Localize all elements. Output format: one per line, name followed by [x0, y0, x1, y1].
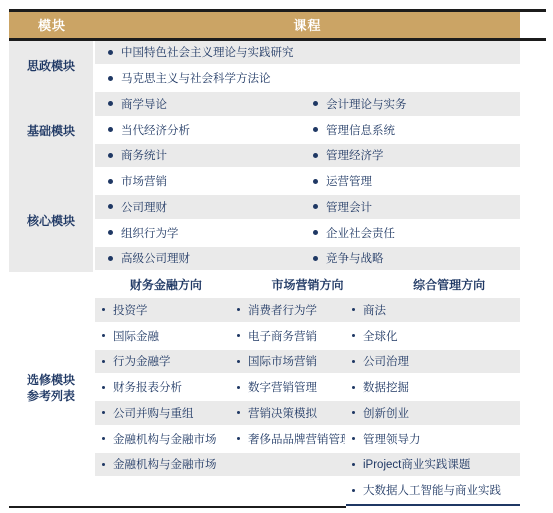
bullet-icon	[352, 411, 355, 414]
module-section: 核心模块市场营销运营管理公司理财管理会计组织行为学企业社会责任高级公司理财竞争与…	[9, 169, 520, 272]
course-label: 管理经济学	[326, 147, 384, 163]
course-label: 商法	[363, 302, 386, 318]
bullet-icon	[313, 127, 318, 132]
course-label: 高级公司理财	[121, 250, 190, 266]
course-cell: 公司治理	[345, 350, 520, 374]
table-header-band: 模块 课程	[9, 12, 520, 39]
course-label: 数字营销管理	[248, 379, 317, 395]
course-cell: 创新创业	[345, 401, 520, 425]
bullet-icon	[352, 437, 355, 440]
course-row: 金融机构与金融市场iProject商业实践课题	[95, 453, 520, 479]
course-cell: 大数据人工智能与商业实践	[345, 478, 520, 502]
bullet-icon	[102, 334, 105, 337]
course-label: 管理领导力	[363, 431, 421, 447]
course-cell	[95, 478, 230, 502]
bullet-icon	[102, 463, 105, 466]
course-cell: 数字营销管理	[230, 375, 345, 399]
course-row: 投资学消费者行为学商法	[95, 298, 520, 324]
course-cell: 电子商务营销	[230, 324, 345, 348]
course-label: 大数据人工智能与商业实践	[363, 482, 501, 498]
direction-header-label: 市场营销方向	[271, 276, 343, 293]
course-label: 公司并购与重组	[113, 405, 194, 421]
course-label: 运营管理	[326, 173, 372, 189]
course-row: 国际金融电子商务营销全球化	[95, 324, 520, 350]
course-cell: 投资学	[95, 298, 230, 322]
course-row: 商务统计管理经济学	[95, 144, 520, 170]
bullet-icon	[102, 437, 105, 440]
course-label: 金融机构与金融市场	[113, 456, 217, 472]
course-row: 财务报表分析数字营销管理数据挖掘	[95, 375, 520, 401]
bullet-icon	[352, 360, 355, 363]
course-label: 马克思主义与社会科学方法论	[121, 70, 271, 86]
direction-header: 市场营销方向	[237, 272, 379, 296]
course-cell: 消费者行为学	[230, 298, 345, 322]
course-cell: iProject商业实践课题	[345, 453, 520, 477]
course-column-header: 课程	[95, 15, 520, 34]
course-label: iProject商业实践课题	[363, 456, 470, 472]
course-label: 奢侈品品牌营销管理	[248, 431, 345, 447]
course-row: 商学导论会计理论与实务	[95, 92, 520, 118]
course-cell: 金融机构与金融市场	[95, 453, 230, 477]
course-cell: 运营管理	[300, 169, 520, 193]
direction-header-label: 综合管理方向	[413, 276, 485, 293]
course-row: 大数据人工智能与商业实践	[95, 478, 520, 504]
course-cell: 管理领导力	[345, 427, 520, 451]
course-label: 管理会计	[326, 199, 372, 215]
bullet-icon	[352, 489, 355, 492]
course-cell: 财务报表分析	[95, 375, 230, 399]
bullet-icon	[108, 179, 113, 184]
course-label: 财务报表分析	[113, 379, 182, 395]
course-cell	[230, 478, 345, 502]
bullet-icon	[108, 153, 113, 158]
course-cell: 管理信息系统	[300, 118, 520, 142]
bullet-icon	[313, 204, 318, 209]
bullet-icon	[237, 386, 240, 389]
bullet-icon	[313, 256, 318, 261]
course-label: 全球化	[363, 328, 398, 344]
course-rows: 财务金融方向市场营销方向综合管理方向投资学消费者行为学商法国际金融电子商务营销全…	[95, 272, 520, 504]
bullet-icon	[108, 76, 113, 81]
direction-header: 财务金融方向	[95, 272, 237, 296]
course-row: 中国特色社会主义理论与实践研究	[95, 41, 520, 67]
bullet-icon	[102, 360, 105, 363]
course-label: 中国特色社会主义理论与实践研究	[121, 44, 294, 60]
course-label: 竞争与战略	[326, 250, 384, 266]
course-cell: 商学导论	[95, 92, 300, 116]
course-cell: 商务统计	[95, 144, 300, 168]
course-cell: 当代经济分析	[95, 118, 300, 142]
course-row: 金融机构与金融市场奢侈品品牌营销管理管理领导力	[95, 427, 520, 453]
course-cell: 管理经济学	[300, 144, 520, 168]
module-section: 思政模块中国特色社会主义理论与实践研究马克思主义与社会科学方法论	[9, 41, 520, 93]
course-cell: 高级公司理财	[95, 247, 300, 271]
course-cell: 会计理论与实务	[300, 92, 520, 116]
course-cell: 奢侈品品牌营销管理	[230, 427, 345, 451]
module-section: 基础模块商学导论会计理论与实务当代经济分析管理信息系统商务统计管理经济学	[9, 92, 520, 169]
course-label: 商学导论	[121, 96, 167, 112]
course-cell: 管理会计	[300, 195, 520, 219]
bullet-icon	[352, 308, 355, 311]
bullet-icon	[237, 334, 240, 337]
table-body: 思政模块中国特色社会主义理论与实践研究马克思主义与社会科学方法论基础模块商学导论…	[9, 41, 520, 505]
bullet-icon	[352, 334, 355, 337]
module-label: 基础模块	[9, 92, 93, 169]
course-label: 当代经济分析	[121, 122, 190, 138]
course-label: 国际金融	[113, 328, 159, 344]
course-label: 数据挖掘	[363, 379, 409, 395]
bullet-icon	[102, 386, 105, 389]
bullet-icon	[108, 204, 113, 209]
course-label: 营销决策模拟	[248, 405, 317, 421]
bullet-icon	[108, 101, 113, 106]
bullet-icon	[352, 386, 355, 389]
course-label: 电子商务营销	[248, 328, 317, 344]
course-cell: 公司并购与重组	[95, 401, 230, 425]
course-row: 组织行为学企业社会责任	[95, 221, 520, 247]
bullet-icon	[313, 230, 318, 235]
course-label: 创新创业	[363, 405, 409, 421]
course-row: 高级公司理财竞争与战略	[95, 247, 520, 273]
bullet-icon	[313, 101, 318, 106]
module-label: 核心模块	[9, 169, 93, 272]
course-cell: 营销决策模拟	[230, 401, 345, 425]
course-cell: 马克思主义与社会科学方法论	[95, 66, 520, 90]
bullet-icon	[313, 179, 318, 184]
course-cell: 企业社会责任	[300, 221, 520, 245]
module-label-line: 选修模块	[27, 372, 75, 388]
course-label: 组织行为学	[121, 225, 179, 241]
course-label: 行为金融学	[113, 353, 171, 369]
course-row: 公司理财管理会计	[95, 195, 520, 221]
course-label: 金融机构与金融市场	[113, 431, 217, 447]
bottom-border-black-segment	[9, 506, 346, 509]
bullet-icon	[237, 437, 240, 440]
direction-header: 综合管理方向	[378, 272, 520, 296]
bottom-border	[9, 504, 520, 509]
bullet-icon	[108, 127, 113, 132]
course-cell	[230, 453, 345, 477]
bullet-icon	[237, 411, 240, 414]
bullet-icon	[108, 230, 113, 235]
course-label: 公司治理	[363, 353, 409, 369]
course-cell: 金融机构与金融市场	[95, 427, 230, 451]
bullet-icon	[108, 50, 113, 55]
bottom-border-navy-segment	[346, 504, 520, 506]
course-row: 公司并购与重组营销决策模拟创新创业	[95, 401, 520, 427]
bullet-icon	[102, 308, 105, 311]
course-label: 市场营销	[121, 173, 167, 189]
course-cell: 组织行为学	[95, 221, 300, 245]
course-cell: 中国特色社会主义理论与实践研究	[95, 41, 520, 65]
bullet-icon	[108, 256, 113, 261]
direction-header-label: 财务金融方向	[130, 276, 202, 293]
module-label: 思政模块	[9, 41, 93, 93]
curriculum-table: 模块 课程 思政模块中国特色社会主义理论与实践研究马克思主义与社会科学方法论基础…	[9, 9, 546, 509]
course-label: 消费者行为学	[248, 302, 317, 318]
bullet-icon	[102, 411, 105, 414]
course-label: 会计理论与实务	[326, 96, 407, 112]
module-column-header: 模块	[9, 15, 95, 34]
course-row: 行为金融学国际市场营销公司治理	[95, 350, 520, 376]
course-label: 商务统计	[121, 147, 167, 163]
course-rows: 中国特色社会主义理论与实践研究马克思主义与社会科学方法论	[95, 41, 520, 93]
course-row: 当代经济分析管理信息系统	[95, 118, 520, 144]
course-label: 管理信息系统	[326, 122, 395, 138]
elective-section: 选修模块参考列表财务金融方向市场营销方向综合管理方向投资学消费者行为学商法国际金…	[9, 272, 520, 504]
course-label: 企业社会责任	[326, 225, 395, 241]
course-cell: 商法	[345, 298, 520, 322]
course-label: 投资学	[113, 302, 148, 318]
course-cell: 竞争与战略	[300, 247, 520, 271]
bullet-icon	[237, 360, 240, 363]
course-cell: 全球化	[345, 324, 520, 348]
course-cell: 市场营销	[95, 169, 300, 193]
module-label-line: 参考列表	[27, 388, 75, 404]
course-label: 国际市场营销	[248, 353, 317, 369]
direction-header-row: 财务金融方向市场营销方向综合管理方向	[95, 272, 520, 298]
course-row: 马克思主义与社会科学方法论	[95, 66, 520, 92]
course-cell: 行为金融学	[95, 350, 230, 374]
module-label: 选修模块参考列表	[9, 272, 93, 504]
course-cell: 国际市场营销	[230, 350, 345, 374]
course-row: 市场营销运营管理	[95, 169, 520, 195]
course-cell: 国际金融	[95, 324, 230, 348]
course-cell: 数据挖掘	[345, 375, 520, 399]
course-cell: 公司理财	[95, 195, 300, 219]
course-rows: 商学导论会计理论与实务当代经济分析管理信息系统商务统计管理经济学	[95, 92, 520, 169]
bullet-icon	[313, 153, 318, 158]
course-rows: 市场营销运营管理公司理财管理会计组织行为学企业社会责任高级公司理财竞争与战略	[95, 169, 520, 272]
course-label: 公司理财	[121, 199, 167, 215]
bullet-icon	[237, 308, 240, 311]
bullet-icon	[352, 463, 355, 466]
